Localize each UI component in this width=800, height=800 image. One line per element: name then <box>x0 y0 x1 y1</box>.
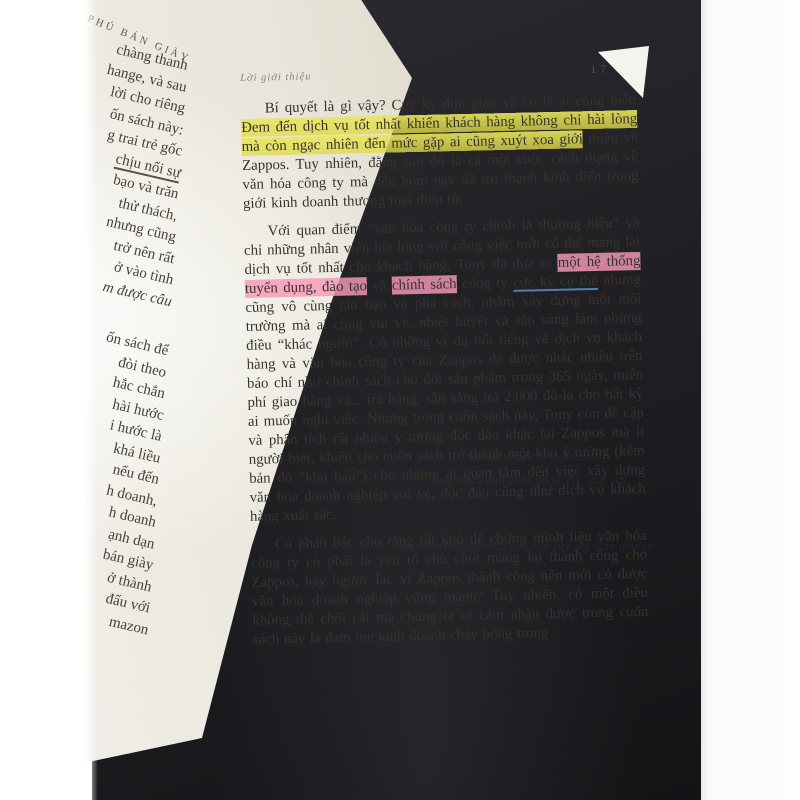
right-page-content: Lời giới thiệu 17 Bí quyết là gì vậy? Cự… <box>240 63 649 659</box>
paragraph-2: Với quan điểm “văn hóa công ty chính là … <box>243 214 646 527</box>
page-number: 17 <box>590 64 610 76</box>
paragraph-3: Có phản bác cho rằng rất khó để chứng mi… <box>251 527 649 650</box>
pink-highlight: chính sách <box>392 275 457 294</box>
white-background-right <box>701 0 800 800</box>
book-photo: TỶ PHÚ BÁN GIÀY chàng thanhhange, và sau… <box>0 0 800 800</box>
paragraph-1: Bí quyết là gì vậy? Cực kỳ đơn giản và c… <box>241 91 639 214</box>
paragraph-text: công ty <box>456 275 513 292</box>
paragraph-text: nhưng cũng vô cùng táo bạo và phá cách, … <box>245 272 646 525</box>
running-head: Lời giới thiệu <box>240 71 312 84</box>
yellow-highlight: Đem đến dịch vụ tốt nhất khiến khách hàn… <box>241 110 637 156</box>
paragraph-text: Có phản bác cho rằng rất khó để chứng mi… <box>251 528 649 648</box>
blue-pen-underline: cực kỳ cụ thể <box>513 273 598 291</box>
paragraph-text: và <box>367 278 392 295</box>
overexposed-left-band <box>0 0 98 800</box>
